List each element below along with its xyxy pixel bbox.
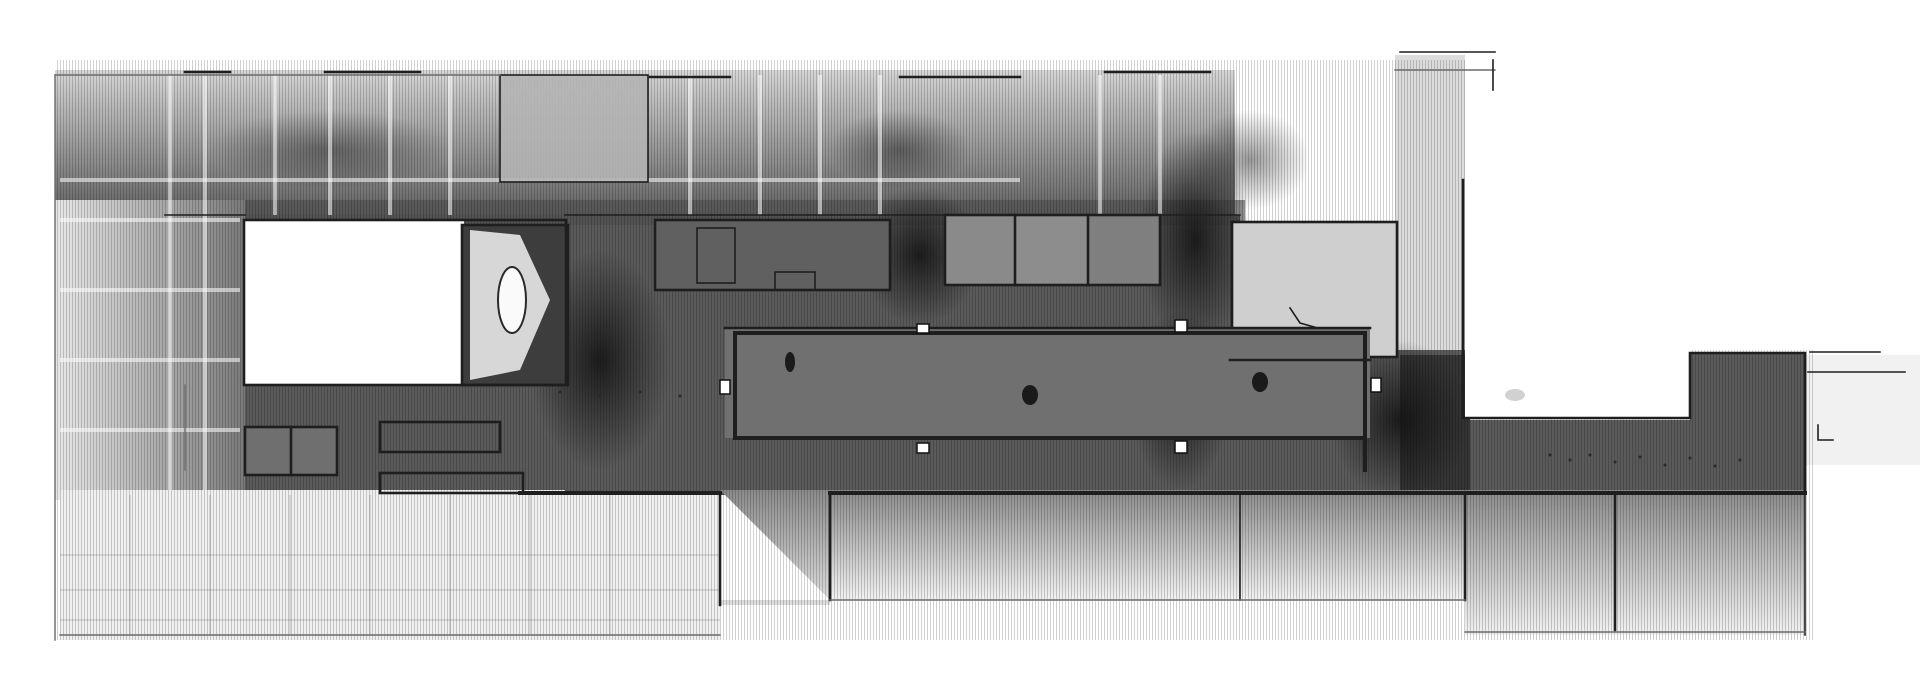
room-north-meeting-room-4 [1088,215,1160,285]
marker-pillar [917,443,929,453]
occupancy-map [0,0,1920,675]
marker-pillar [720,380,730,394]
marker-pillar [1175,320,1187,332]
room-north-meeting-room-2 [945,215,1015,285]
round-table [498,267,526,333]
room-north-meeting-room-3 [1015,215,1088,285]
room-north-annex-office [500,75,648,182]
room-atrium-void [244,220,464,385]
marker-pillar [1175,441,1187,453]
room-north-meeting-room-1 [655,220,890,290]
marker-pillar [1371,378,1381,392]
marker-pillar [917,324,929,333]
room-round-table-room [462,225,568,385]
